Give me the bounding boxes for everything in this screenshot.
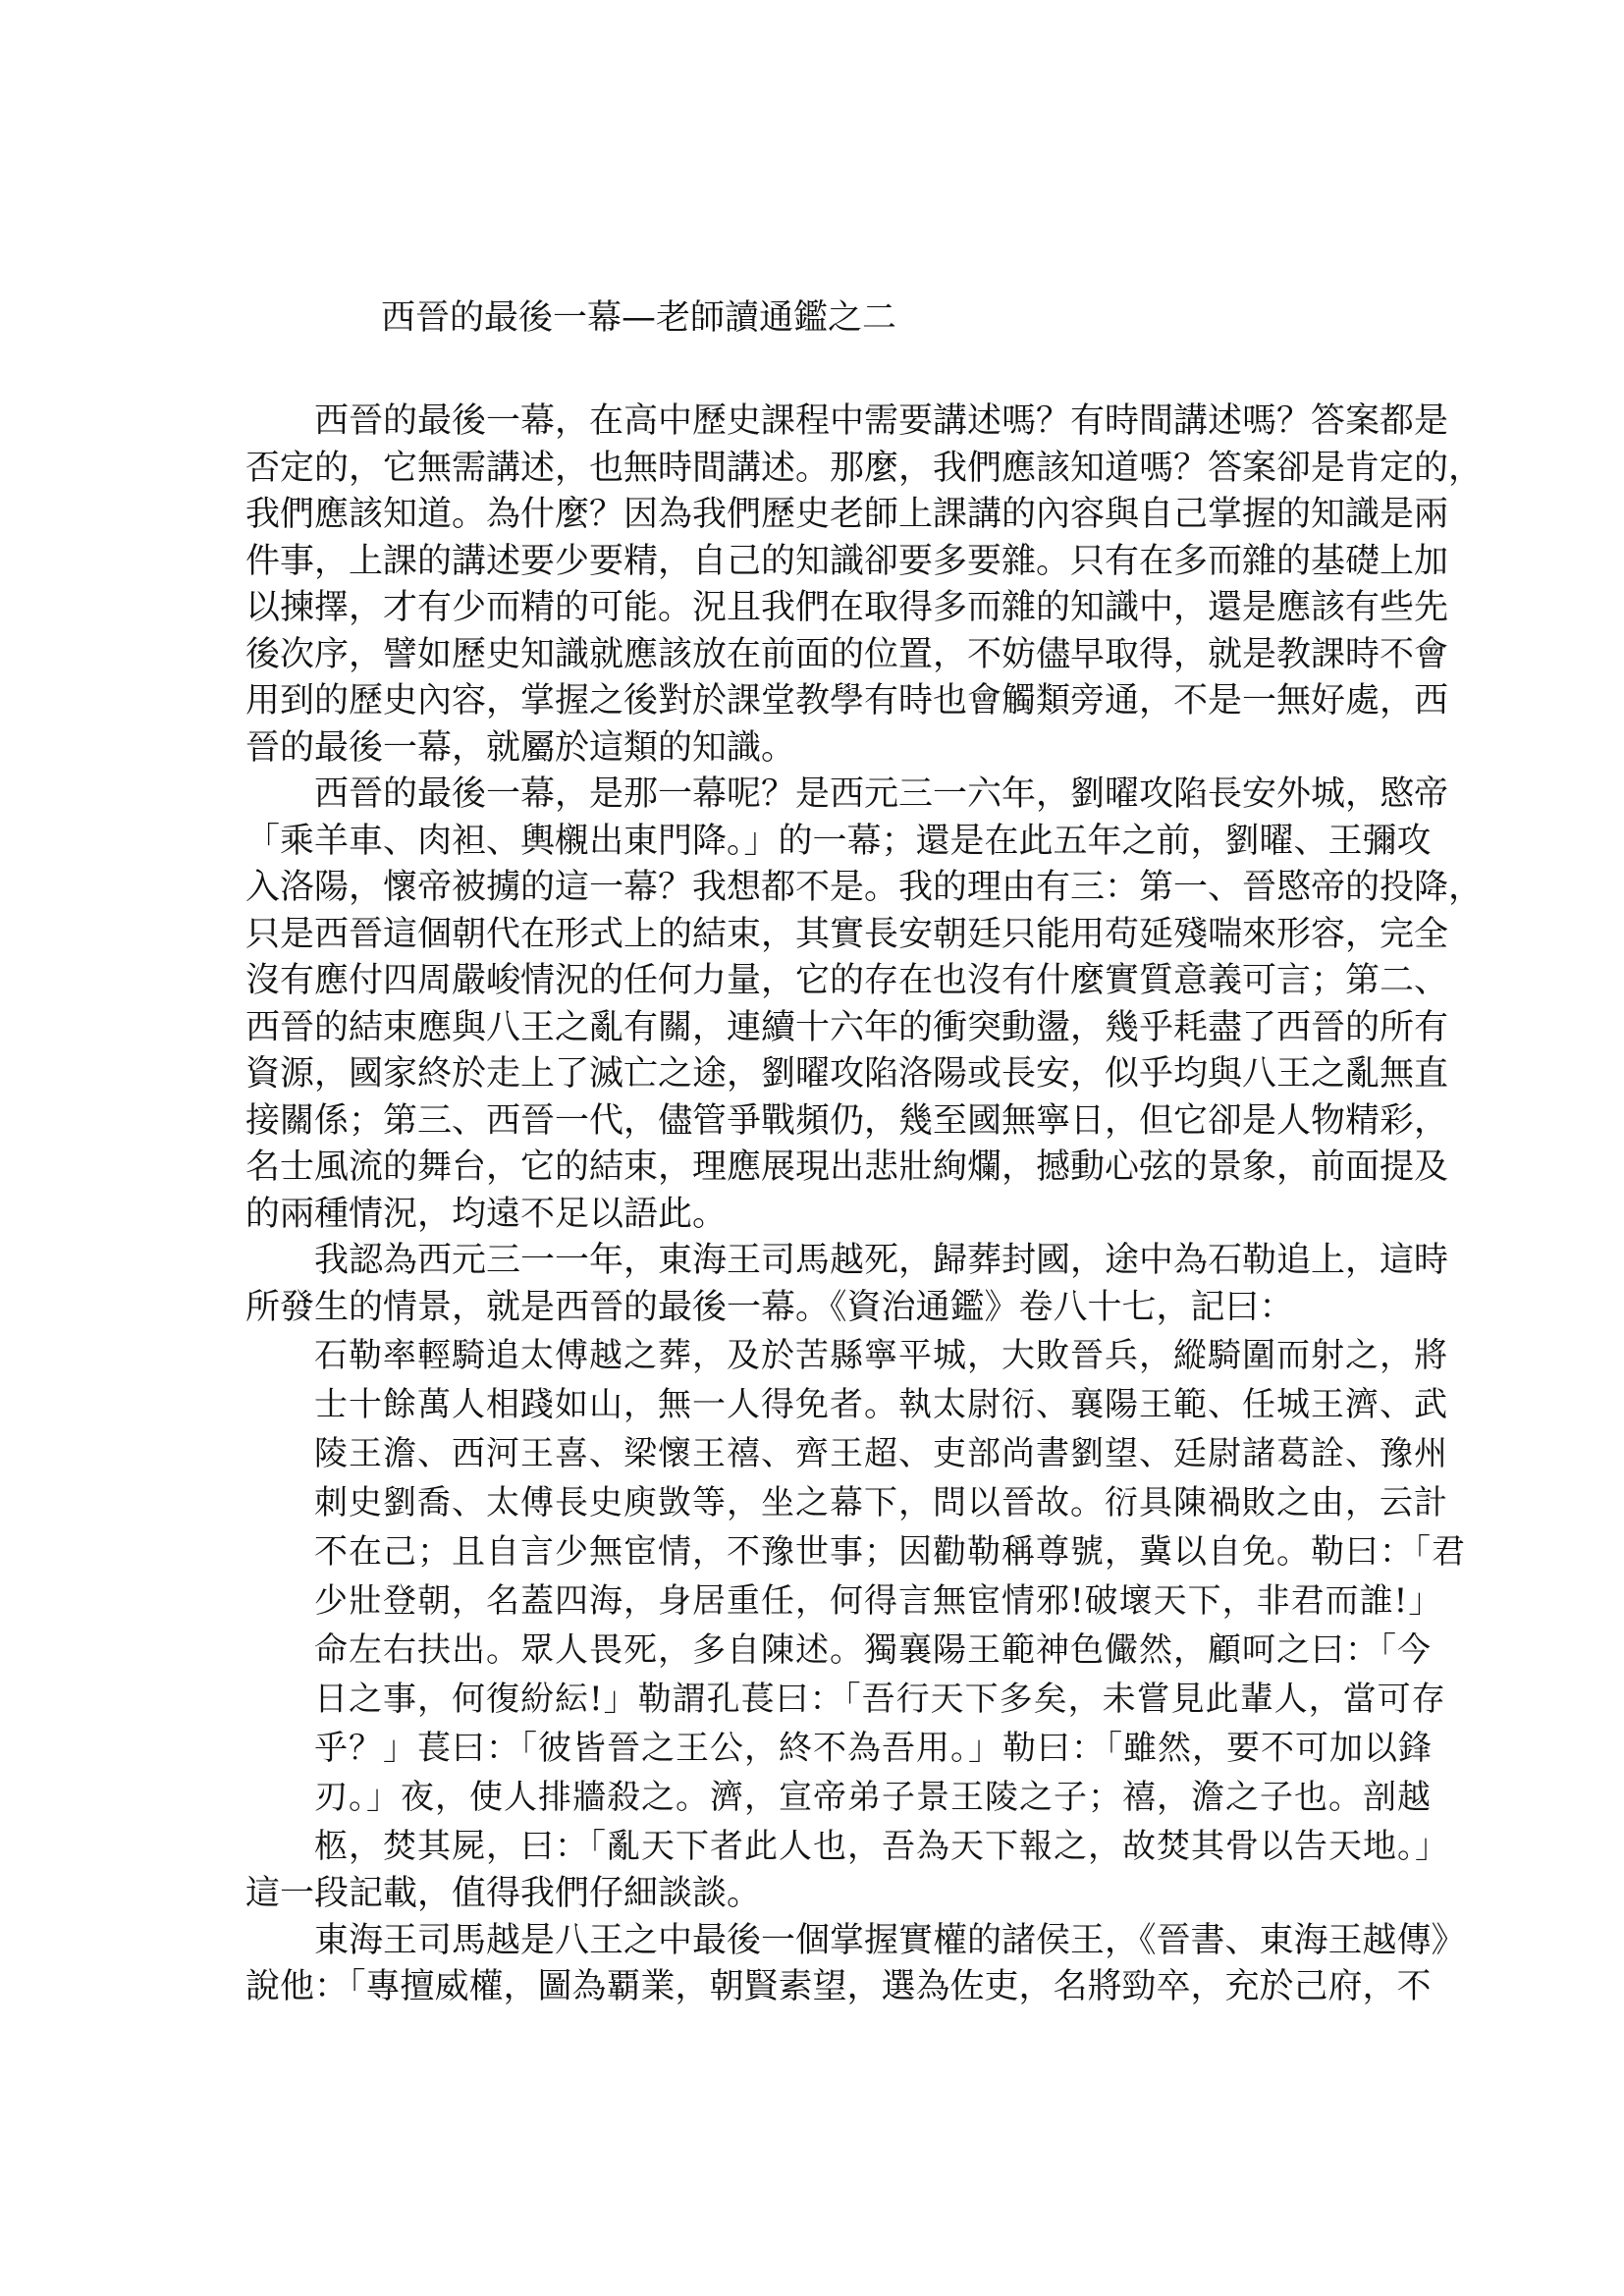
- text-line: 西晉的最後一幕，是那一幕呢？是西元三一六年，劉曜攻陷長安外城，愍帝: [245, 772, 1384, 819]
- text-line: 用到的歷史內容，掌握之後對於課堂教學有時也會觸類旁通，不是一無好處，西: [245, 678, 1384, 725]
- body-text: 西晉的最後一幕，在高中歷史課程中需要講述嗎？有時間講述嗎？答案都是 否定的，它無…: [245, 399, 1384, 2011]
- text-line: 資源，國家終於走上了滅亡之途，劉曜攻陷洛陽或長安，似乎均與八王之亂無直: [245, 1051, 1384, 1098]
- text-line: 「乘羊車、肉袒、輿櫬出東門降。」的一幕；還是在此五年之前，劉曜、王彌攻: [245, 819, 1384, 866]
- quote-line: 柩，焚其屍，曰：「亂天下者此人也，吾為天下報之，故焚其骨以告天地。」: [314, 1822, 1384, 1871]
- quote-line: 士十餘萬人相踐如山，無一人得免者。執太尉衍、襄陽王範、任城王濟、武: [314, 1380, 1384, 1429]
- paragraph-4: 東海王司馬越是八王之中最後一個掌握實權的諸侯王，《晉書、東海王越傳》 說他：「專…: [245, 1918, 1384, 2011]
- paragraph-1: 西晉的最後一幕，在高中歷史課程中需要講述嗎？有時間講述嗎？答案都是 否定的，它無…: [245, 399, 1384, 772]
- text-line: 名士風流的舞台，它的結束，理應展現出悲壯絢爛，撼動心弦的景象，前面提及: [245, 1145, 1384, 1192]
- paragraph-3: 我認為西元三一一年，東海王司馬越死，歸葬封國，途中為石勒追上，這時 所發生的情景…: [245, 1238, 1384, 1331]
- quote-line: 石勒率輕騎追太傅越之葬，及於苦縣寧平城，大敗晉兵，縱騎圍而射之，將: [314, 1331, 1384, 1380]
- quote-line: 日之事，何復紛紜!」勒謂孔萇曰：「吾行天下多矣，未嘗見此輩人，當可存: [314, 1675, 1384, 1724]
- text-line: 我們應該知道。為什麼？因為我們歷史老師上課講的內容與自己掌握的知識是兩: [245, 492, 1384, 539]
- text-line: 東海王司馬越是八王之中最後一個掌握實權的諸侯王，《晉書、東海王越傳》: [245, 1918, 1384, 1965]
- quote-line: 刺史劉喬、太傅長史庾敳等，坐之幕下，問以晉故。衍具陳禍敗之由，云計: [314, 1478, 1384, 1527]
- text-line: 我認為西元三一一年，東海王司馬越死，歸葬封國，途中為石勒追上，這時: [245, 1238, 1384, 1285]
- text-line: 西晉的最後一幕，在高中歷史課程中需要講述嗎？有時間講述嗎？答案都是: [245, 399, 1384, 446]
- text-line: 入洛陽，懷帝被擄的這一幕？我想都不是。我的理由有三：第一、晉愍帝的投降，: [245, 865, 1384, 912]
- quote-line: 刃。」夜，使人排牆殺之。濟，宣帝弟子景王陵之子；禧，澹之子也。剖越: [314, 1773, 1384, 1822]
- text-line: 後次序，譬如歷史知識就應該放在前面的位置，不妨儘早取得，就是教課時不會: [245, 632, 1384, 679]
- text-line: 這一段記載，值得我們仔細談談。: [245, 1871, 1384, 1918]
- text-line: 只是西晉這個朝代在形式上的結束，其實長安朝廷只能用苟延殘喘來形容，完全: [245, 912, 1384, 959]
- quote-line: 少壯登朝，名蓋四海，身居重任，何得言無宦情邪!破壞天下，非君而誰!」: [314, 1576, 1384, 1626]
- text-line: 以揀擇，才有少而精的可能。況且我們在取得多而雜的知識中，還是應該有些先: [245, 585, 1384, 632]
- document-page: 西晉的最後一幕—老師讀通鑑之二 西晉的最後一幕，在高中歷史課程中需要講述嗎？有時…: [0, 0, 1624, 2296]
- quote-line: 命左右扶出。眾人畏死，多自陳述。獨襄陽王範神色儼然，顧呵之曰：「今: [314, 1626, 1384, 1675]
- text-line: 說他：「專擅威權，圖為覇業，朝賢素望，選為佐吏，名將勁卒，充於己府，不: [245, 1964, 1384, 2011]
- after-quote-text: 這一段記載，值得我們仔細談談。: [245, 1871, 1384, 1918]
- text-line: 接關係；第三、西晉一代，儘管爭戰頻仍，幾至國無寧日，但它卻是人物精彩，: [245, 1098, 1384, 1146]
- text-line: 件事，上課的講述要少要精，自己的知識卻要多要雜。只有在多而雜的基礎上加: [245, 539, 1384, 586]
- text-line: 所發生的情景，就是西晉的最後一幕。《資治通鑑》卷八十七，記曰：: [245, 1285, 1384, 1332]
- paragraph-2: 西晉的最後一幕，是那一幕呢？是西元三一六年，劉曜攻陷長安外城，愍帝 「乘羊車、肉…: [245, 772, 1384, 1238]
- quote-line: 不在己；且自言少無宦情，不豫世事；因勸勒稱尊號，冀以自免。勒曰：「君: [314, 1527, 1384, 1576]
- text-line: 沒有應付四周嚴峻情況的任何力量，它的存在也沒有什麼實質意義可言；第二、: [245, 958, 1384, 1005]
- text-line: 西晉的結束應與八王之亂有關，連續十六年的衝突動盪，幾乎耗盡了西晉的所有: [245, 1005, 1384, 1052]
- text-line: 否定的，它無需講述，也無時間講述。那麼，我們應該知道嗎？答案卻是肯定的，: [245, 446, 1384, 493]
- quote-line: 陵王澹、西河王喜、梁懷王禧、齊王超、吏部尚書劉望、廷尉諸葛詮、豫州: [314, 1429, 1384, 1478]
- page-title: 西晉的最後一幕—老師讀通鑑之二: [381, 296, 896, 340]
- quote-line: 乎？」萇曰：「彼皆晉之王公，終不為吾用。」勒曰：「雖然，要不可加以鋒: [314, 1724, 1384, 1773]
- text-line: 晉的最後一幕，就屬於這類的知識。: [245, 725, 1384, 773]
- text-line: 的兩種情況，均遠不足以語此。: [245, 1192, 1384, 1239]
- block-quote: 石勒率輕騎追太傅越之葬，及於苦縣寧平城，大敗晉兵，縱騎圍而射之，將 士十餘萬人相…: [314, 1331, 1384, 1871]
